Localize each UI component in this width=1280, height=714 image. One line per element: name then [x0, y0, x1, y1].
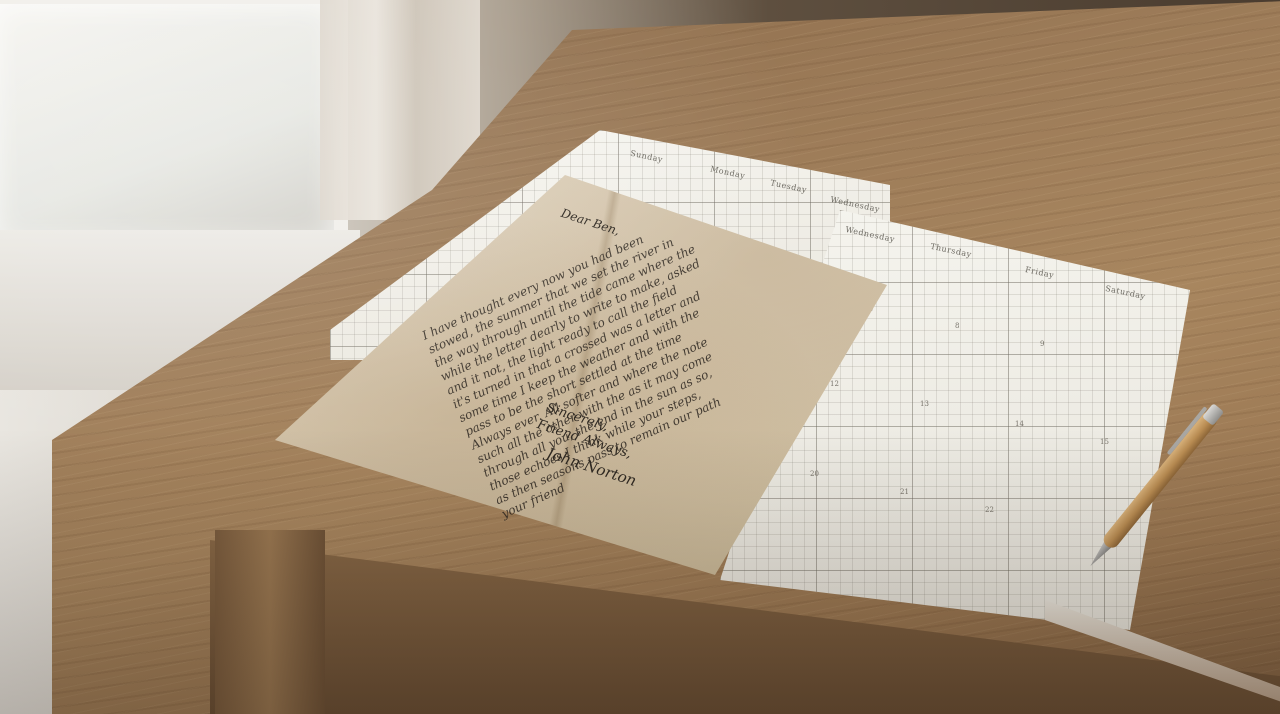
window: [0, 0, 348, 258]
date-number: 21: [900, 488, 909, 496]
date-number: 14: [1015, 420, 1024, 428]
date-number: 15: [1100, 438, 1109, 446]
photo-scene: Sunday Monday Tuesday Wednesday Wednesda…: [0, 0, 1280, 714]
date-number: 22: [985, 506, 994, 514]
date-number: 12: [830, 380, 839, 388]
date-number: 9: [1040, 340, 1044, 348]
date-number: 8: [955, 322, 959, 330]
date-number: 13: [920, 400, 929, 408]
table-leg: [215, 530, 325, 714]
date-number: 20: [810, 470, 819, 478]
